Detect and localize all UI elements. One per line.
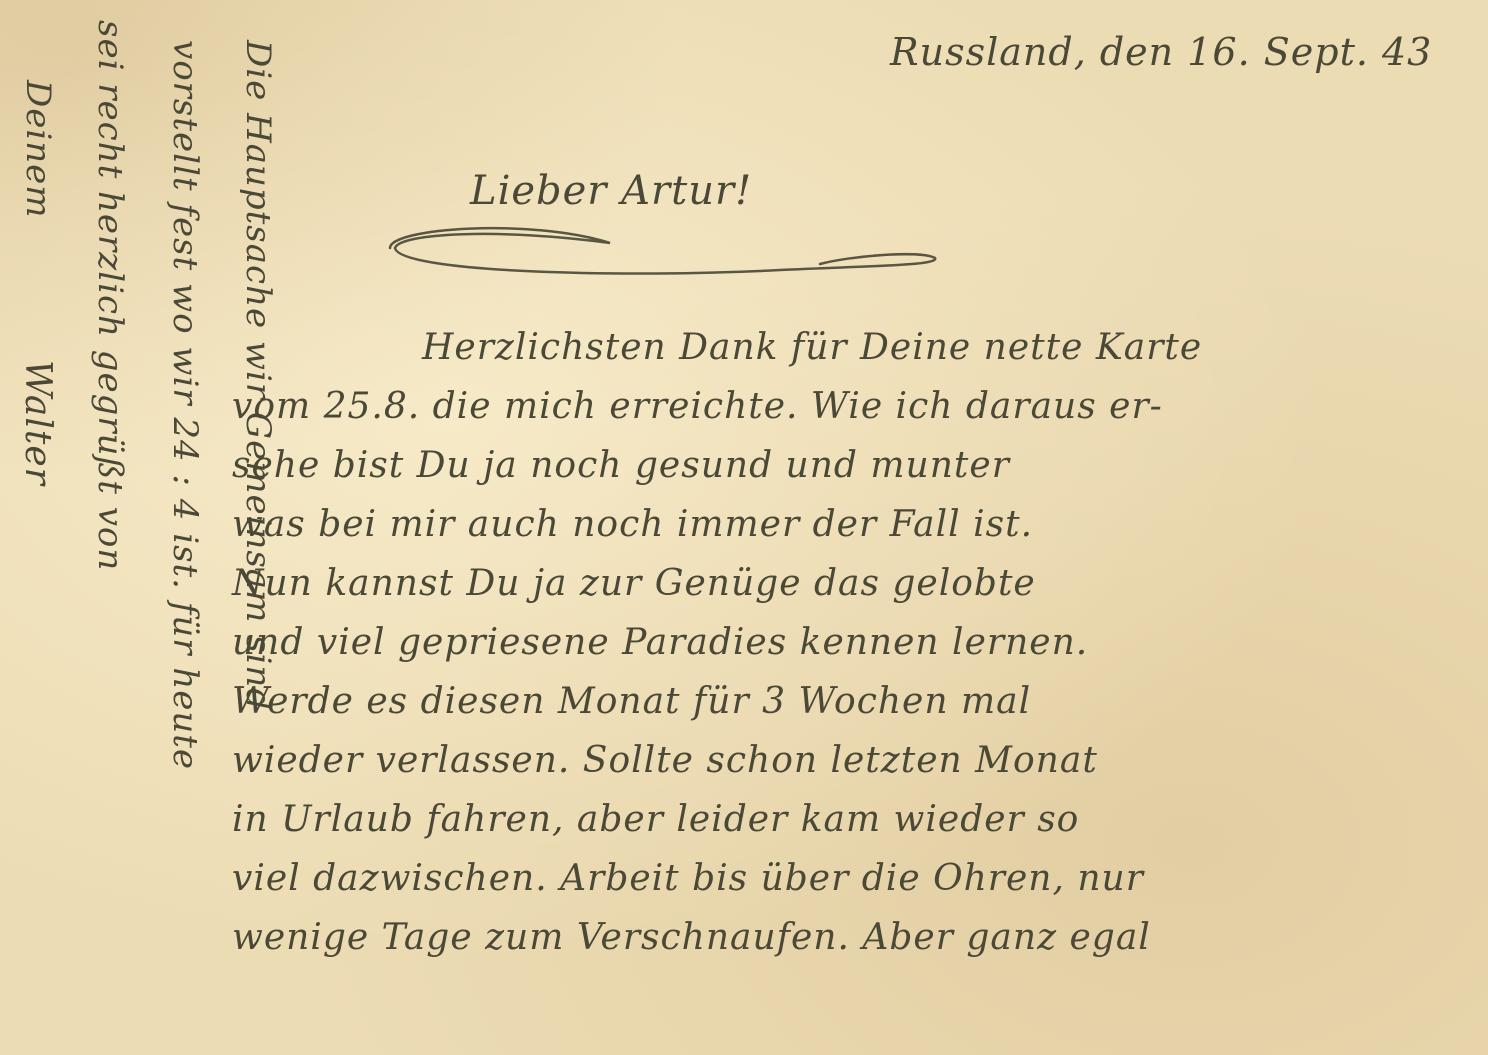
letter-body: Herzlichsten Dank für Deine nette Karte … — [232, 318, 1482, 967]
margin-line: vorstellt fest wo wir 24 : 4 ist. für he… — [165, 40, 205, 770]
body-line: viel dazwischen. Arbeit bis über die Ohr… — [232, 849, 1482, 908]
margin-line: Deinem — [18, 80, 58, 219]
salutation-underline-swash-icon — [380, 218, 940, 278]
letter-page: Russland, den 16. Sept. 43 Lieber Artur!… — [0, 0, 1488, 1055]
body-line: wenige Tage zum Verschnaufen. Aber ganz … — [232, 908, 1482, 967]
date-line: Russland, den 16. Sept. 43 — [890, 30, 1432, 74]
body-line: Herzlichsten Dank für Deine nette Karte — [232, 318, 1482, 377]
body-line: vom 25.8. die mich erreichte. Wie ich da… — [232, 377, 1482, 436]
body-line: was bei mir auch noch immer der Fall ist… — [232, 495, 1482, 554]
salutation: Lieber Artur! — [470, 168, 752, 214]
margin-postscript: Die Hauptsache wir Gemeinsam sind vorste… — [0, 0, 240, 1055]
body-line: sehe bist Du ja noch gesund und munter — [232, 436, 1482, 495]
body-line: und viel gepriesene Paradies kennen lern… — [232, 613, 1482, 672]
body-line: Werde es diesen Monat für 3 Wochen mal — [232, 672, 1482, 731]
body-line: in Urlaub fahren, aber leider kam wieder… — [232, 790, 1482, 849]
body-line: Nun kannst Du ja zur Genüge das gelobte — [232, 554, 1482, 613]
body-line: wieder verlassen. Sollte schon letzten M… — [232, 731, 1482, 790]
signature: Walter — [17, 360, 58, 486]
margin-line: sei recht herzlich gegrüßt von — [90, 20, 130, 571]
margin-line: Die Hauptsache wir Gemeinsam sind — [238, 40, 278, 711]
